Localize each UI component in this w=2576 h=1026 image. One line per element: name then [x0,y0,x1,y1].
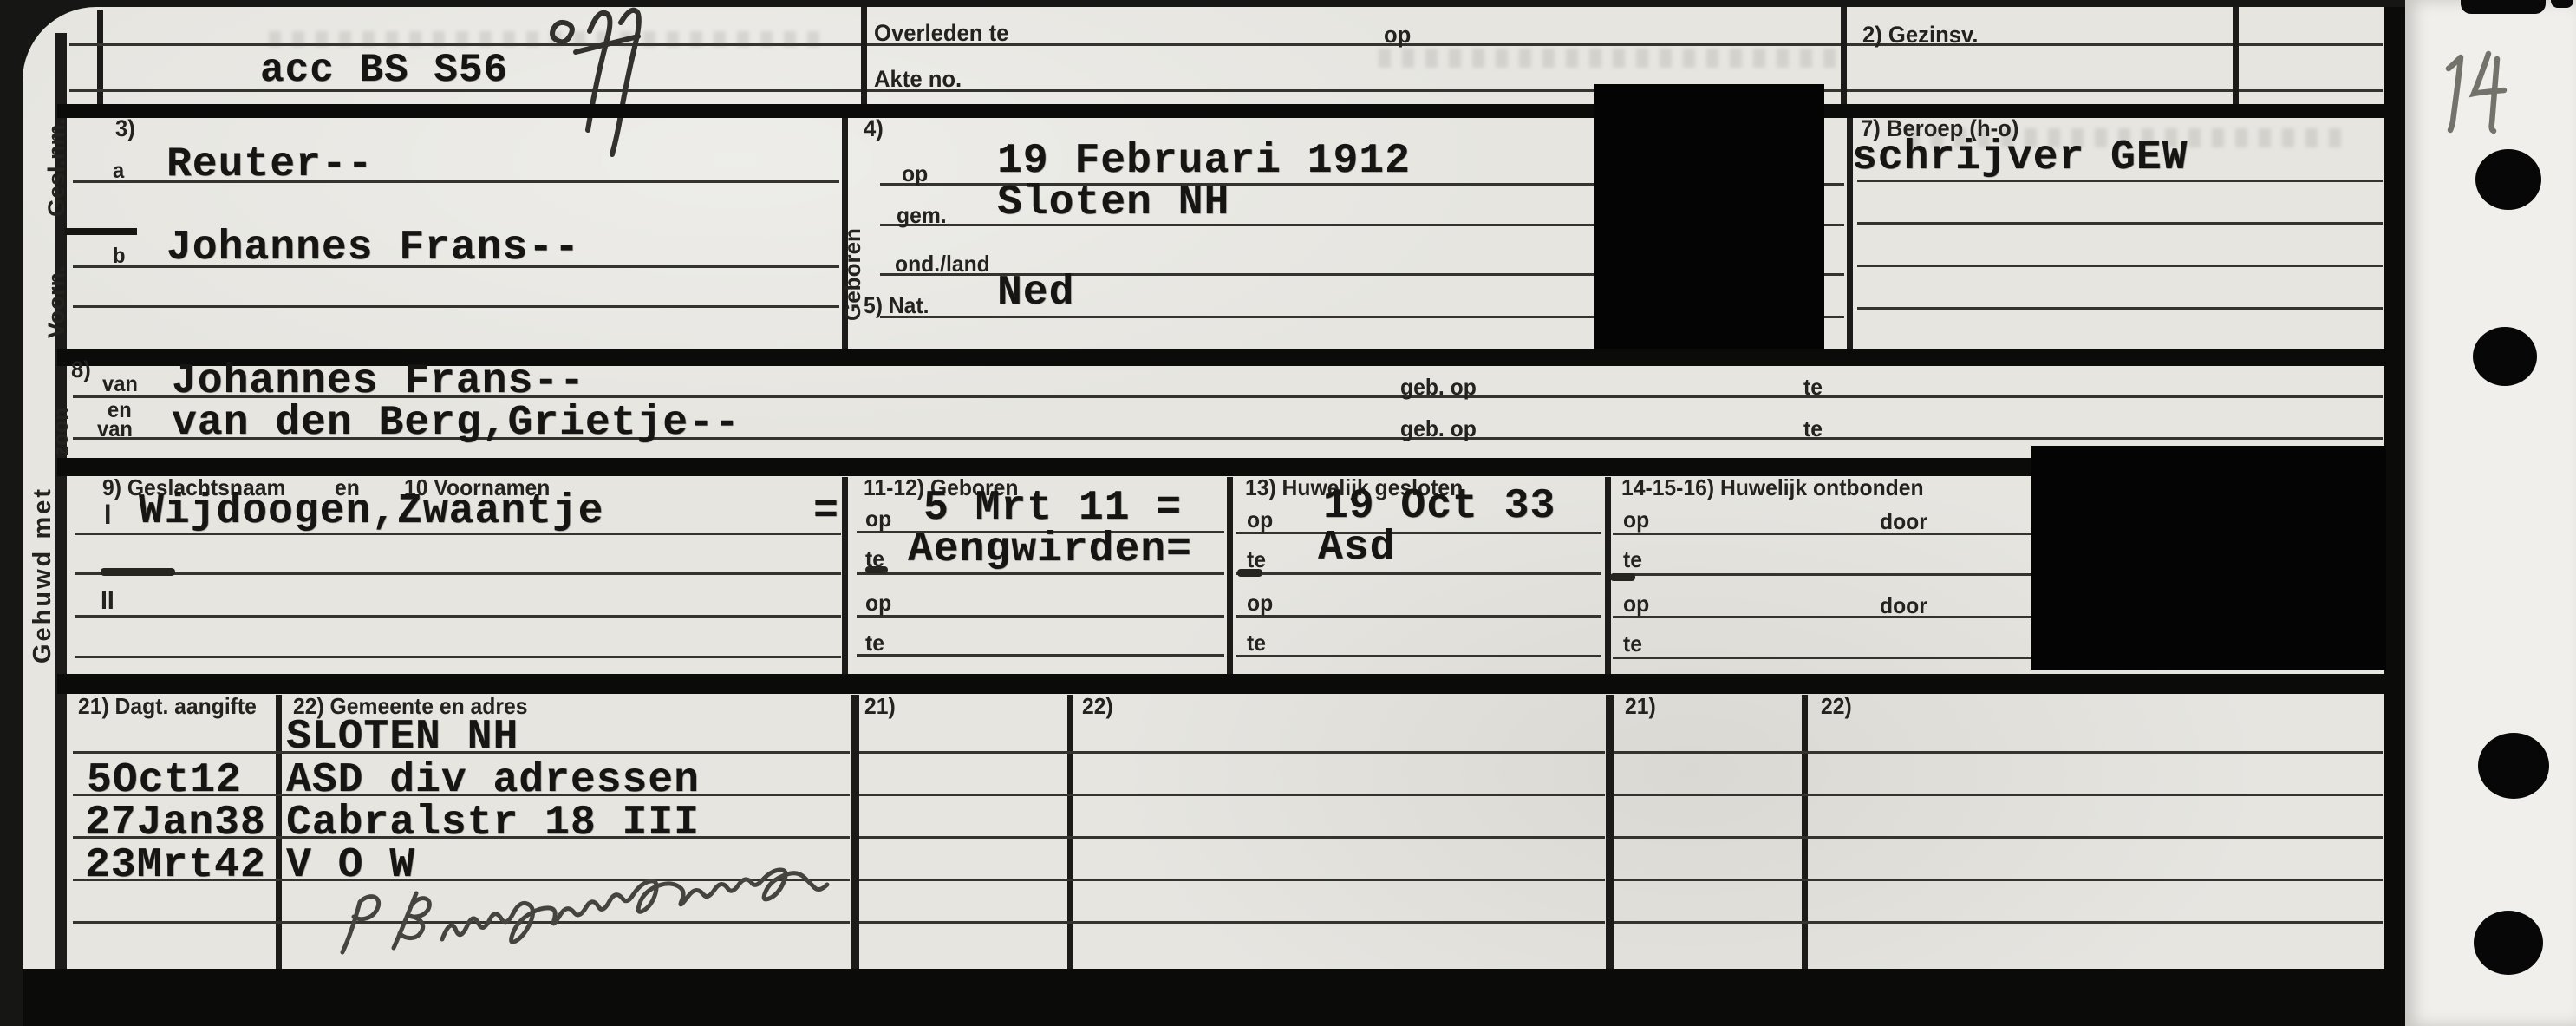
rule [1236,572,1601,575]
rule [75,572,841,575]
ontbonden-op2-label: op [1623,591,1649,617]
spouse-birth-date-value: 5 Mrt 11 = [923,487,1182,529]
registration-address: Cabralstr 18 III [286,802,700,844]
punch-hole [2475,149,2541,210]
rule [1236,615,1601,618]
rule [859,836,1605,839]
mother-name-value: van den Berg,Grietje-- [172,402,740,444]
rule [859,921,1605,924]
occupation-value: schrijver GEW [1852,137,2188,179]
rule [75,615,841,618]
col21-header: 21) Dagt. aangifte [78,694,257,719]
geboren-op-label: op [902,161,928,186]
marriage-date-value: 19 Oct 33 [1323,486,1555,527]
overleden-te-label: Overleden te [874,21,1008,47]
punch-hole [2474,911,2543,975]
ontbonden-op-label: op [1623,507,1649,533]
marriage-op2-label: op [1247,591,1273,616]
pencil-page-number [2435,42,2521,137]
zoon-label: zoon [49,408,75,456]
divider [276,695,282,969]
card-right-border [2384,7,2405,1026]
rule [1236,532,1601,534]
rule [1614,921,2383,924]
spouse-row-i-label: I [104,500,111,530]
registration-address: SLOTEN NH [286,716,518,758]
label-separator-tick [64,228,137,235]
ontbonden-door2-label: door [1880,593,1927,618]
voorn-label: Voorn. [43,266,69,339]
father-name-value: Johannes Frans-- [172,361,585,402]
rule [1614,751,2383,754]
torn-corner-mark [2461,0,2546,14]
ontbonden-te2-label: te [1623,631,1642,657]
gezinsv-label: 2) Gezinsv. [1862,23,1979,49]
section-bar [57,104,2384,118]
row-a-label: a [113,160,124,184]
divider [1802,695,1808,969]
divider [1227,477,1233,674]
rule [1614,879,2383,881]
registration-date: 23Mrt42 [85,845,266,886]
gehuwd-met-label: Gehuwd met [29,487,55,663]
ontbonden-door-label: door [1880,509,1927,534]
rule [859,879,1605,881]
rule [73,305,839,308]
akte-no-label: Akte no. [874,67,962,93]
rule [75,656,841,658]
sec14-header: 14-15-16) Huwelijk ontbonden [1621,475,1924,500]
section-bar [57,674,2386,694]
rule [859,794,1605,796]
mother-geb-op-label: geb. op [1400,416,1477,441]
mother-te-label: te [1803,416,1823,441]
row-b-label: b [113,245,126,269]
handwritten-dash [1237,569,1262,577]
ond-land-label: ond./land [895,252,990,277]
registration-date: 27Jan38 [85,802,266,844]
surname-value: Reuter-- [166,144,373,186]
rule [1857,307,2383,310]
sp-geboren-op-label: op [865,506,891,532]
signature-handwriting [334,863,906,967]
registration-date: 5Oct12 [87,760,242,801]
spouse-row-ii-label: II [101,586,114,615]
acc-annotation: acc BS S56 [260,50,508,90]
van-label: van [102,373,138,397]
col22b-header: 22) [1082,694,1113,719]
handwritten-dash [865,566,888,573]
rule [857,654,1224,657]
sp-geboren-te2-label: te [865,631,884,656]
torn-corner-mark [2551,0,2573,8]
marriage-place-value: Asd [1318,527,1395,569]
field-8-number: 8) [71,357,91,383]
birth-date-value: 19 Februari 1912 [997,141,1411,182]
father-geb-op-label: geb. op [1400,375,1477,400]
nat-label: 5) Nat. [864,293,929,318]
divider [842,477,848,674]
van-label: van [97,418,133,442]
col21c-header: 21) [1625,694,1656,719]
field-3-number: 3) [115,116,135,142]
ontbonden-te-label: te [1623,547,1642,572]
spouse-equals-mark: = [813,491,839,533]
geboren-label: Geboren [839,228,865,321]
gem-label: gem. [897,203,947,228]
spouse-birth-place-value: Aengwirden= [908,529,1192,571]
field-4-number: 4) [864,116,884,142]
rule [859,751,1605,754]
nationality-value: Ned [997,272,1074,314]
rule [857,615,1224,618]
col22c-header: 22) [1821,694,1852,719]
geslnm-label: Gesl.nm. [43,118,69,217]
redaction-block [1594,84,1824,349]
col21b-header: 21) [864,694,896,719]
birth-place-value: Sloten NH [997,182,1229,224]
handwritten-dash [101,568,175,576]
bottom-scan-bar [23,969,2386,1026]
rule [1857,222,2383,225]
overleden-op-label: op [1384,23,1411,49]
marriage-te2-label: te [1247,631,1266,656]
handwritten-dash [1610,573,1635,581]
rule [1236,655,1601,657]
sp-geboren-op2-label: op [865,591,891,616]
ink-flourish [531,2,652,158]
father-te-label: te [1803,375,1823,400]
rule [1614,794,2383,796]
registration-address: ASD div adressen [286,760,700,801]
scanned-record-page: acc BS S56 Overleden te op Akte no. 2) G… [0,0,2576,1026]
rule [1857,265,2383,267]
bleedthrough-smudge [1379,49,1847,68]
divider [1067,695,1073,969]
divider [861,7,867,104]
redaction-block [2031,446,2386,670]
punch-hole [2473,327,2537,386]
spouse-name-value: Wijdoogen,Zwaantje [139,491,603,533]
given-names-value: Johannes Frans-- [166,227,580,269]
divider [2233,7,2239,104]
marriage-op-label: op [1247,507,1273,533]
divider [1606,695,1614,969]
rule [1614,836,2383,839]
punch-hole [2478,733,2549,799]
